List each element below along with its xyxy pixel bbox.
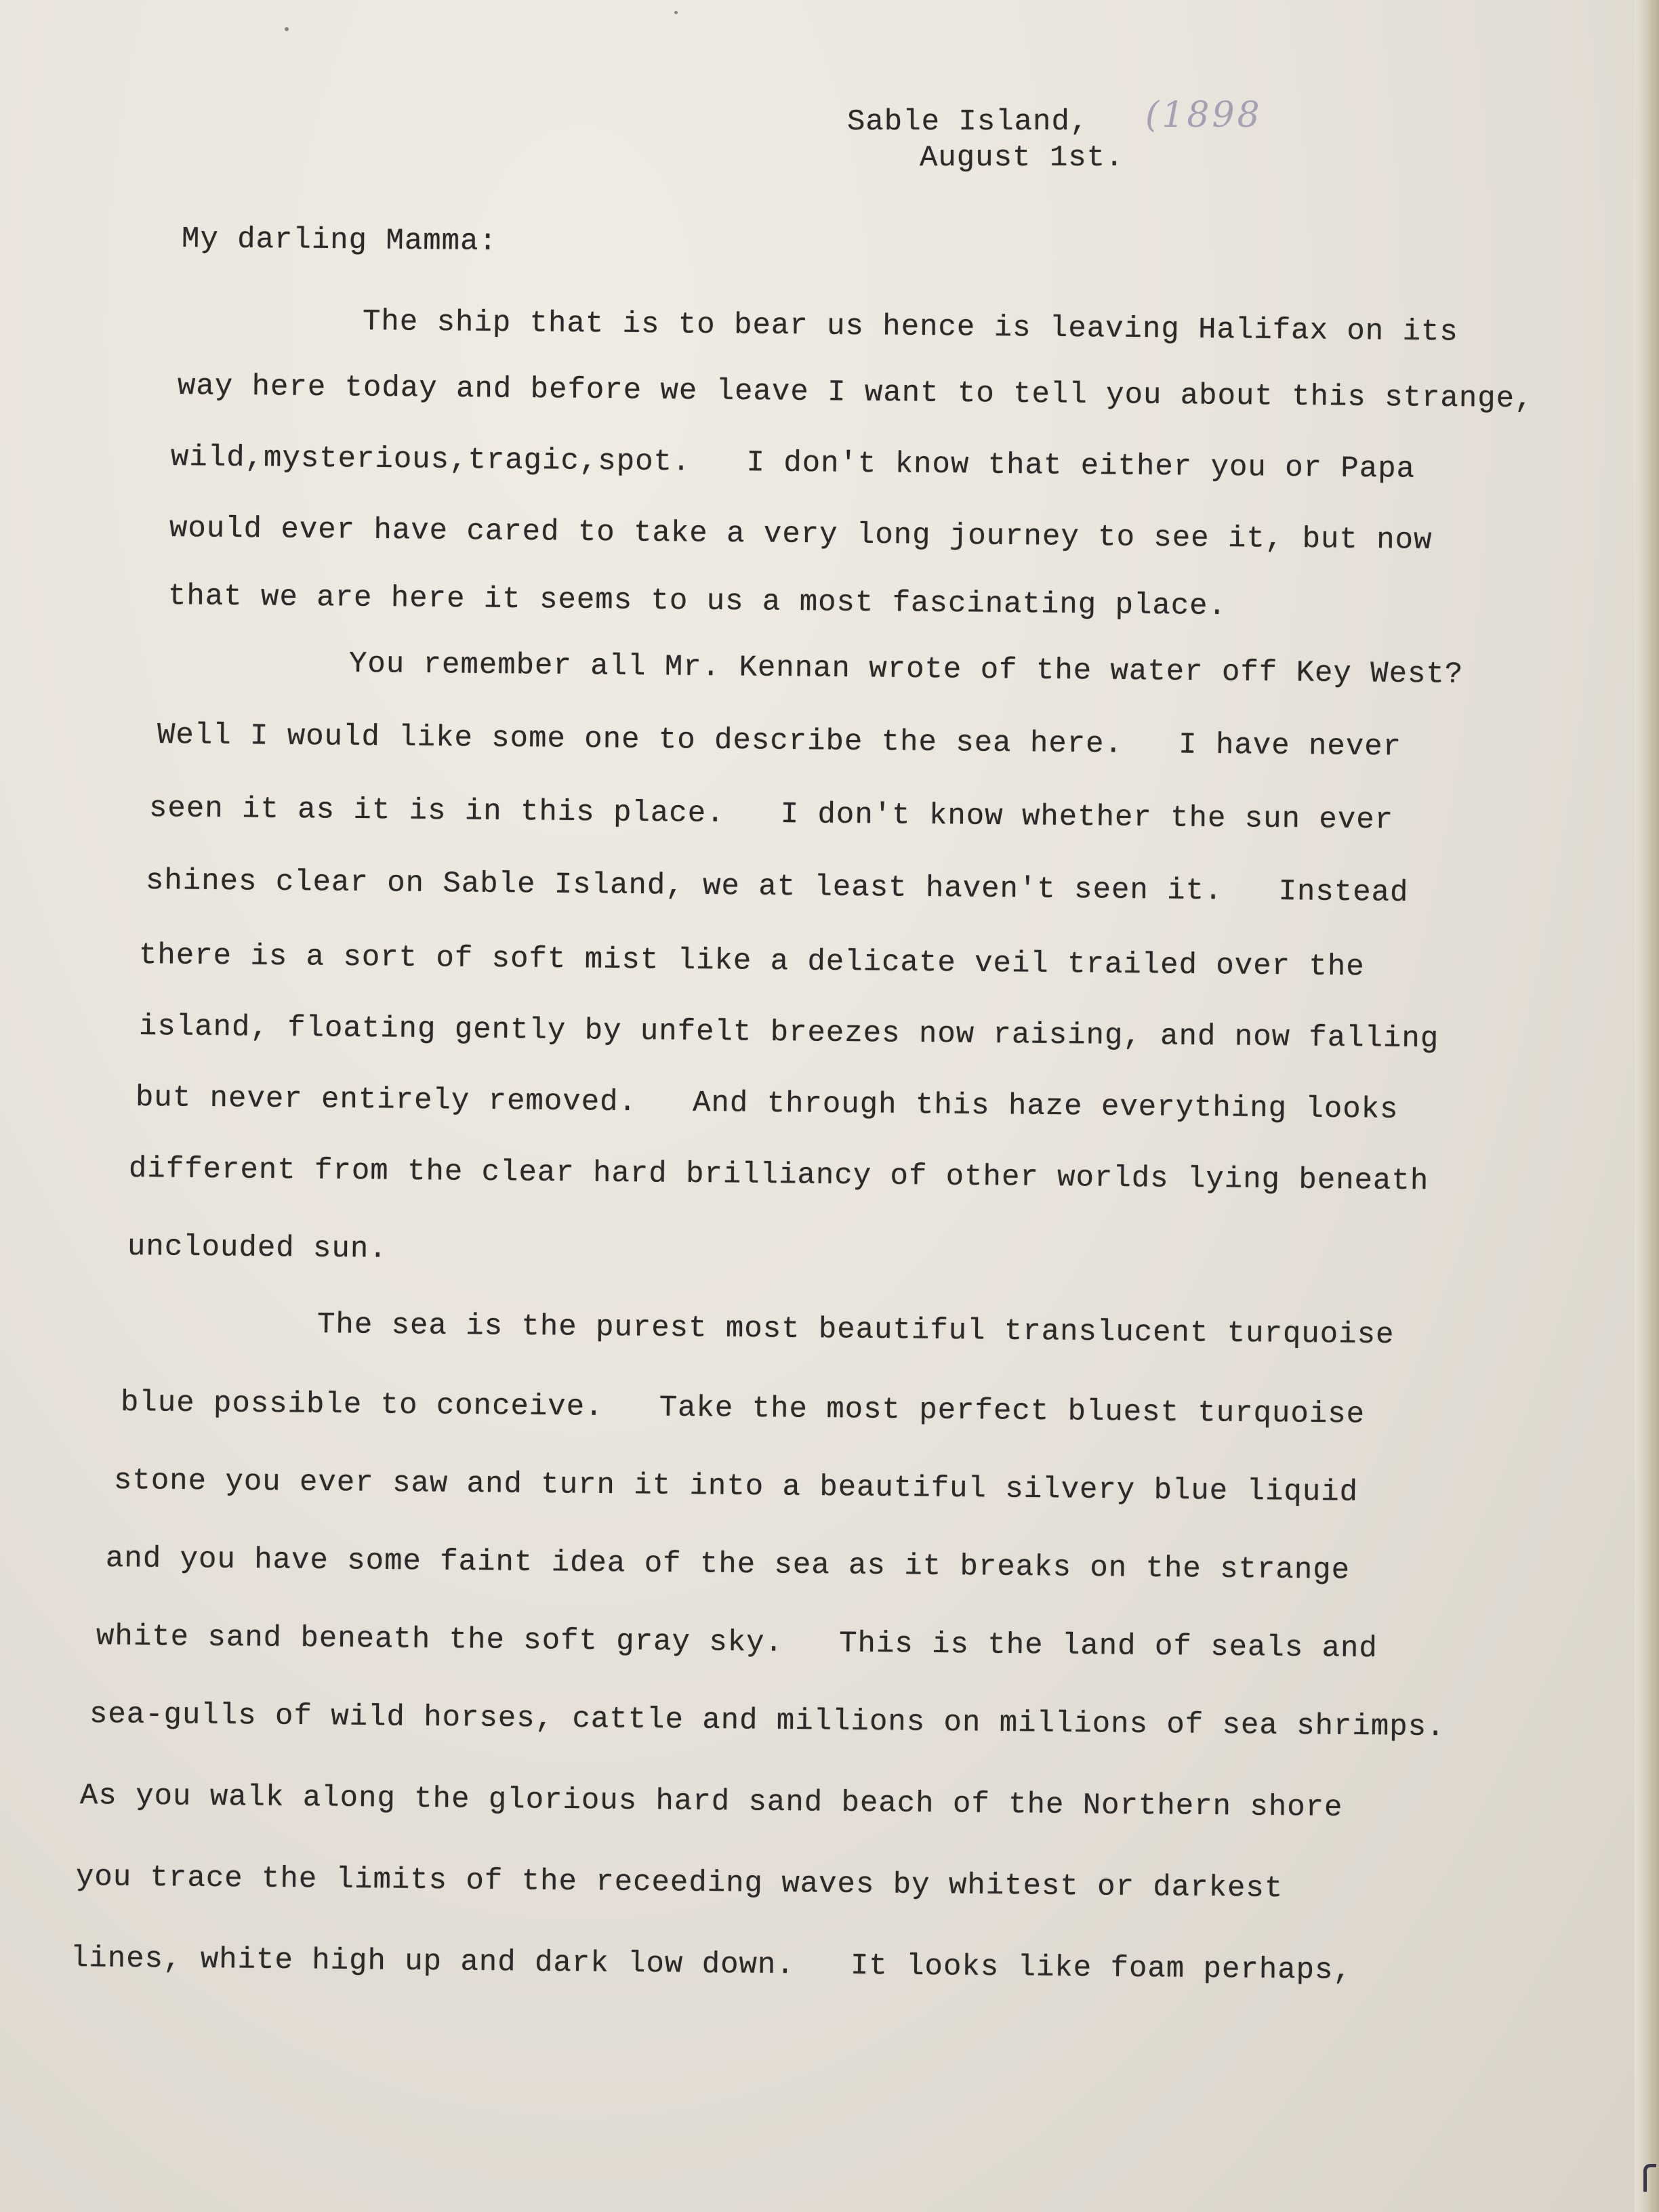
letter-line: lines, white high up and dark low down. … — [70, 1942, 1352, 1988]
letter-line: island, floating gently by unfelt breeze… — [139, 1010, 1439, 1056]
letter-line: The ship that is to bear us hence is lea… — [363, 305, 1458, 350]
speck — [285, 27, 289, 31]
letter-line: stone you ever saw and turn it into a be… — [114, 1464, 1358, 1510]
letter-line: but never entirely removed. And through … — [136, 1081, 1399, 1127]
salutation: My darling Mamma: — [182, 222, 497, 259]
letter-line: shines clear on Sable Island, we at leas… — [146, 864, 1409, 910]
letter-line: The sea is the purest most beautiful tra… — [317, 1308, 1395, 1352]
letter-line: sea-gulls of wild horses, cattle and mil… — [89, 1698, 1446, 1744]
letter-place: Sable Island, — [847, 105, 1088, 139]
letter-line: Well I would like some one to describe t… — [157, 718, 1401, 764]
letter-line: wild,mysterious,tragic,spot. I don't kno… — [171, 441, 1415, 487]
letter-page: Sable Island, August 1st. (1898 My darli… — [0, 0, 1659, 2212]
letter-line: and you have some faint idea of the sea … — [106, 1542, 1350, 1588]
letter-line: there is a sort of soft mist like a deli… — [139, 939, 1365, 984]
letter-line: that we are here it seems to us a most f… — [168, 579, 1227, 623]
letter-line: would ever have cared to take a very lon… — [169, 512, 1433, 558]
margin-note-year: (1898 — [1145, 95, 1263, 136]
letter-line: As you walk along the glorious hard sand… — [80, 1779, 1343, 1825]
letter-line: blue possible to conceive. Take the most… — [121, 1386, 1365, 1432]
stray-mark — [1643, 2164, 1656, 2192]
letter-line: unclouded sun. — [127, 1230, 388, 1267]
letter-line: you trace the limits of the receeding wa… — [76, 1860, 1284, 1906]
letter-line: different from the clear hard brilliancy… — [129, 1152, 1429, 1198]
letter-line: You remember all Mr. Kennan wrote of the… — [349, 647, 1464, 692]
letter-line: white sand beneath the soft gray sky. Th… — [96, 1620, 1378, 1666]
letter-line: seen it as it is in this place. I don't … — [149, 792, 1393, 838]
letter-line: way here today and before we leave I wan… — [178, 369, 1534, 416]
speck — [674, 11, 678, 14]
letter-date: August 1st. — [920, 141, 1124, 175]
page-edge — [1635, 0, 1659, 2212]
